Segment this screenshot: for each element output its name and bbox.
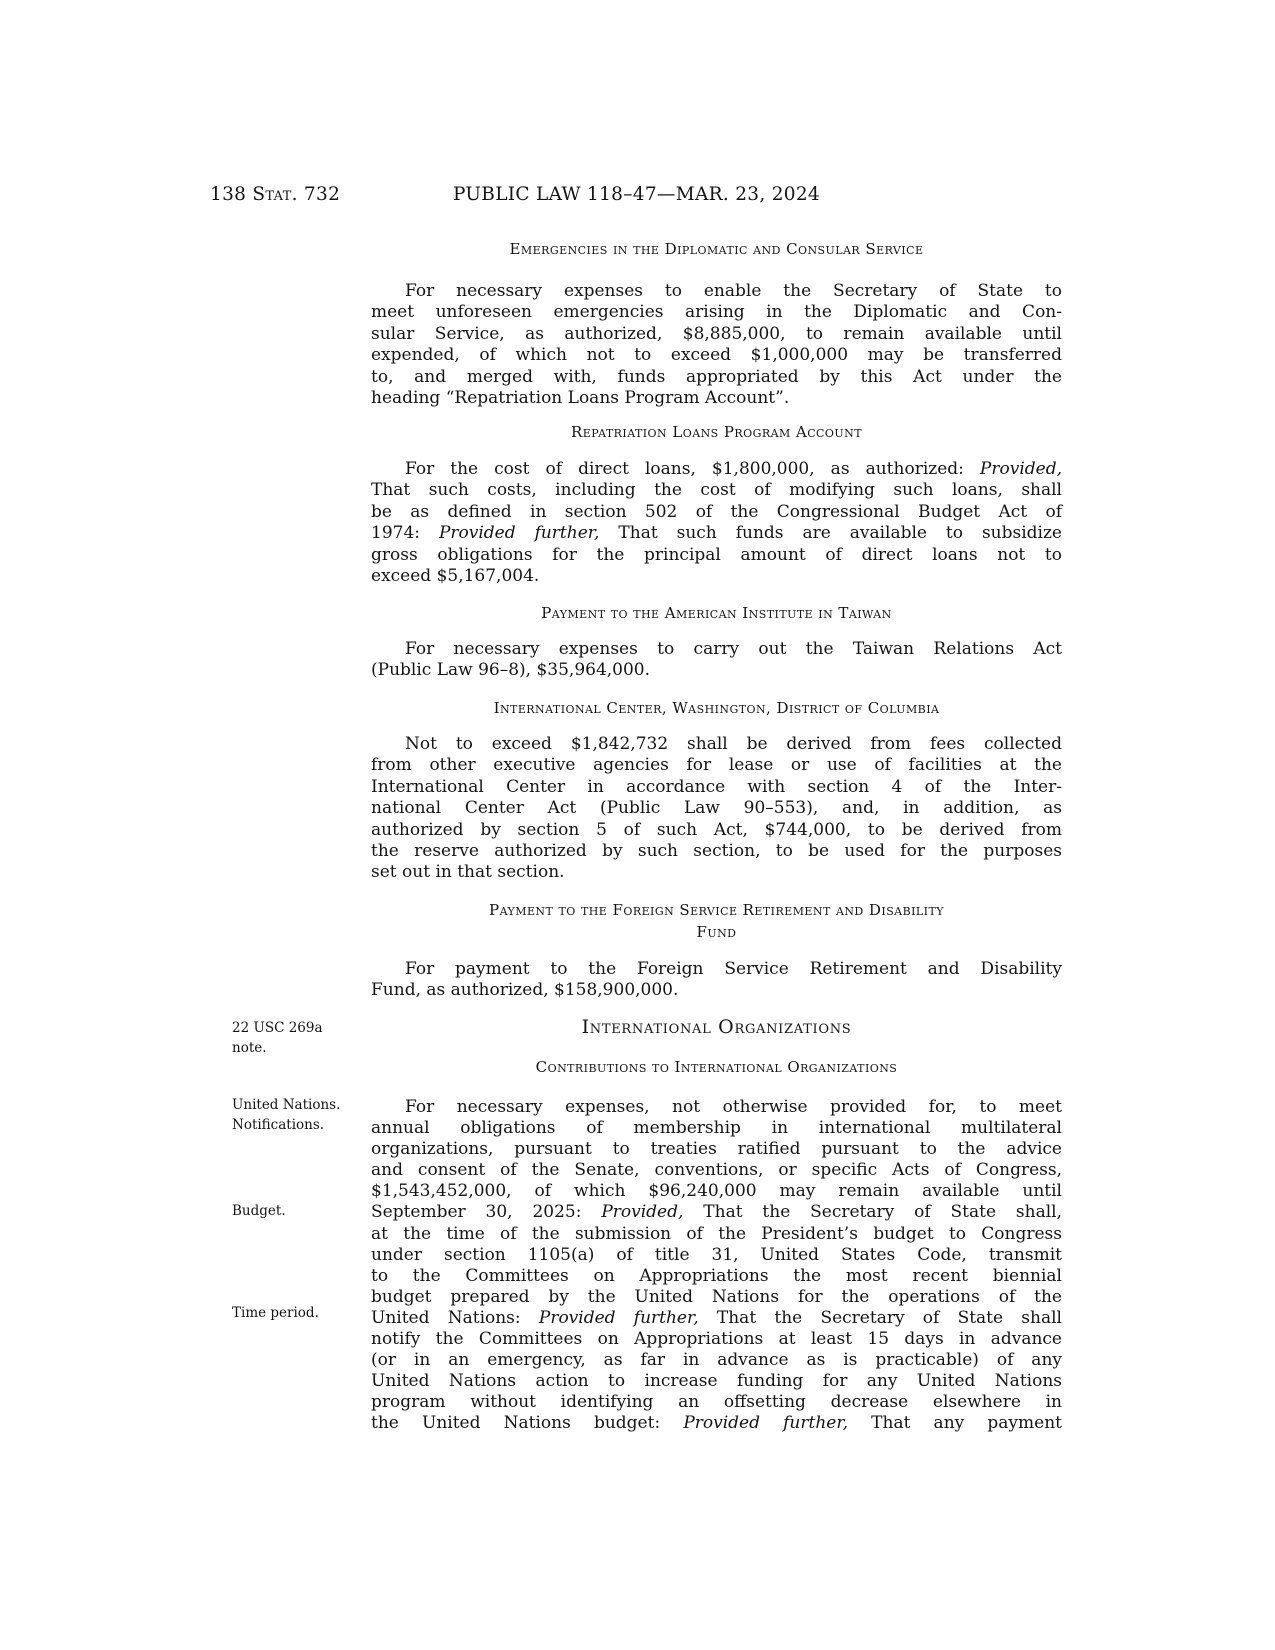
paragraph-repatriation-loans-program-account: For the cost of direct loans, $1,800,000… (371, 459, 1062, 587)
paragraph-payment-american-institute-taiwan: For necessary expenses to carry out the … (371, 639, 1062, 682)
text-line: Contributions to International Organizat… (371, 1056, 1062, 1078)
text-line: notify the Committees on Appropriations … (371, 1329, 1062, 1350)
text-line: International Center in accordance with … (371, 777, 1062, 798)
text-line: Emergencies in the Diplomatic and Consul… (371, 238, 1062, 260)
text-line: budget prepared by the United Nations fo… (371, 1287, 1062, 1308)
text-line: For the cost of direct loans, $1,800,000… (371, 459, 1062, 480)
text-line: authorized by section 5 of such Act, $74… (371, 820, 1062, 841)
text-line: meet unforeseen emergencies arising in t… (371, 302, 1062, 323)
text-line: For necessary expenses to enable the Sec… (371, 281, 1062, 302)
paragraph-international-center-washington-dc: Not to exceed $1,842,732 shall be derive… (371, 734, 1062, 884)
text-line: September 30, 2025: Provided, That the S… (371, 1202, 1062, 1223)
text-line: from other executive agencies for lease … (371, 755, 1062, 776)
heading-payment-american-institute-taiwan: Payment to the American Institute in Tai… (371, 602, 1062, 624)
text-line: Notifications. (232, 1116, 370, 1136)
text-line: Payment to the American Institute in Tai… (371, 602, 1062, 624)
text-line: be as defined in section 502 of the Cong… (371, 502, 1062, 523)
paragraph-emergencies-diplomatic-consular-service: For necessary expenses to enable the Sec… (371, 281, 1062, 409)
text-line: set out in that section. (371, 862, 1062, 883)
text-line: United Nations action to increase fundin… (371, 1371, 1062, 1392)
text-line: 1974: Provided further, That such funds … (371, 523, 1062, 544)
heading-international-center-washington-dc: International Center, Washington, Distri… (371, 697, 1062, 719)
margin-note-time-period: Time period. (232, 1304, 370, 1324)
text-line: under section 1105(a) of title 31, Unite… (371, 1245, 1062, 1266)
text-line: (Public Law 96–8), $35,964,000. (371, 660, 1062, 681)
heading-foreign-service-retirement-disability-fund: Payment to the Foreign Service Retiremen… (371, 899, 1062, 943)
text-line: sular Service, as authorized, $8,885,000… (371, 324, 1062, 345)
text-line: (or in an emergency, as far in advance a… (371, 1350, 1062, 1371)
text-line: exceed $5,167,004. (371, 566, 1062, 587)
text-line: United Nations: Provided further, That t… (371, 1308, 1062, 1329)
text-line: For necessary expenses, not otherwise pr… (371, 1097, 1062, 1118)
text-line: Budget. (232, 1202, 370, 1222)
text-line: Repatriation Loans Program Account (371, 421, 1062, 443)
text-line: annual obligations of membership in inte… (371, 1118, 1062, 1139)
margin-note-budget: Budget. (232, 1202, 370, 1222)
text-line: national Center Act (Public Law 90–553),… (371, 798, 1062, 819)
heading-international-organizations: International Organizations (371, 1015, 1062, 1039)
text-line: to, and merged with, funds appropriated … (371, 367, 1062, 388)
heading-repatriation-loans-program-account: Repatriation Loans Program Account (371, 421, 1062, 443)
statute-page: 138 Stat. 732 PUBLIC LAW 118–47—MAR. 23,… (0, 0, 1275, 1650)
text-line: to the Committees on Appropriations the … (371, 1266, 1062, 1287)
text-line: International Organizations (371, 1015, 1062, 1039)
text-line: and consent of the Senate, conventions, … (371, 1160, 1062, 1181)
text-line: Time period. (232, 1304, 370, 1324)
text-line: organizations, pursuant to treaties rati… (371, 1139, 1062, 1160)
text-line: gross obligations for the principal amou… (371, 545, 1062, 566)
text-line: Fund, as authorized, $158,900,000. (371, 980, 1062, 1001)
text-line: United Nations. (232, 1096, 370, 1116)
text-line: the United Nations budget: Provided furt… (371, 1413, 1062, 1434)
heading-contributions-international-organizations: Contributions to International Organizat… (371, 1056, 1062, 1078)
text-line: the reserve authorized by such section, … (371, 841, 1062, 862)
text-line: expended, of which not to exceed $1,000,… (371, 345, 1062, 366)
text-line: $1,543,452,000, of which $96,240,000 may… (371, 1181, 1062, 1202)
text-line: Fund (371, 921, 1062, 943)
text-line: heading “Repatriation Loans Program Acco… (371, 388, 1062, 409)
margin-note-united-nations-notifications: United Nations.Notifications. (232, 1096, 370, 1135)
text-line: Not to exceed $1,842,732 shall be derive… (371, 734, 1062, 755)
text-line: International Center, Washington, Distri… (371, 697, 1062, 719)
text-line: at the time of the submission of the Pre… (371, 1224, 1062, 1245)
paragraph-contributions-international-organizations: For necessary expenses, not otherwise pr… (371, 1097, 1062, 1435)
text-line: For necessary expenses to carry out the … (371, 639, 1062, 660)
heading-emergencies-diplomatic-consular-service: Emergencies in the Diplomatic and Consul… (371, 238, 1062, 260)
text-line: Payment to the Foreign Service Retiremen… (371, 899, 1062, 921)
text-line: 22 USC 269a (232, 1019, 370, 1039)
text-line: That such costs, including the cost of m… (371, 480, 1062, 501)
text-line: note. (232, 1039, 370, 1059)
paragraph-foreign-service-retirement-disability-fund: For payment to the Foreign Service Retir… (371, 959, 1062, 1002)
margin-note-22-usc-269a: 22 USC 269anote. (232, 1019, 370, 1058)
text-line: program without identifying an offsettin… (371, 1392, 1062, 1413)
text-line: For payment to the Foreign Service Retir… (371, 959, 1062, 980)
law-header-title: PUBLIC LAW 118–47—MAR. 23, 2024 (210, 184, 1063, 205)
